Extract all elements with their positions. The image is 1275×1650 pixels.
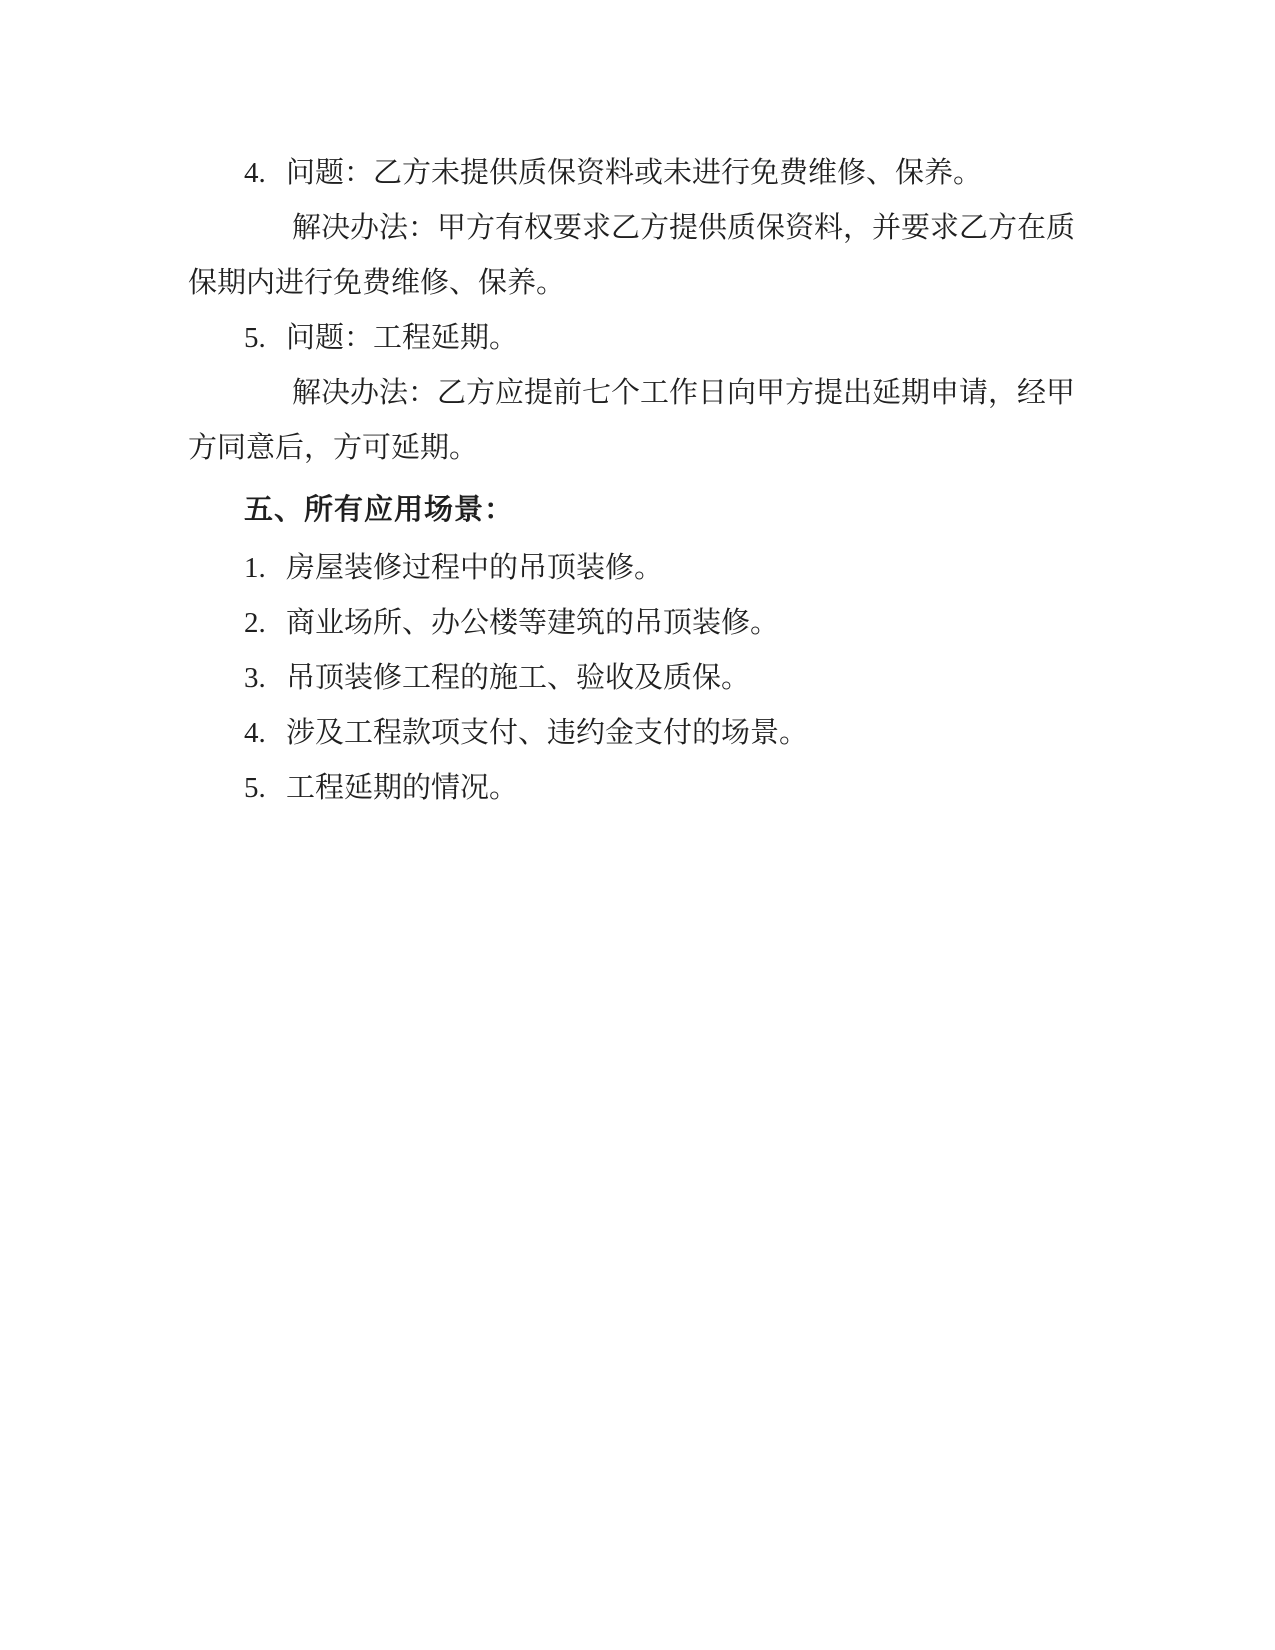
solution-line-continuation: 保期内进行免费维修、保养。	[188, 256, 1088, 311]
solution-line: 解决办法：乙方应提前七个工作日向甲方提出延期申请，经甲	[188, 366, 1088, 421]
scenario-text: 房屋装修过程中的吊顶装修。	[286, 552, 663, 584]
scenario-text: 吊顶装修工程的施工、验收及质保。	[286, 662, 750, 694]
list-number: 4.	[244, 146, 286, 201]
document-page: 4.问题：乙方未提供质保资料或未进行免费维修、保养。 解决办法：甲方有权要求乙方…	[0, 0, 1275, 1650]
document-content: 4.问题：乙方未提供质保资料或未进行免费维修、保养。 解决办法：甲方有权要求乙方…	[188, 146, 1088, 816]
scenario-item-1: 1.房屋装修过程中的吊顶装修。	[188, 541, 1088, 596]
scenario-item-5: 5.工程延期的情况。	[188, 761, 1088, 816]
solution-line: 解决办法：甲方有权要求乙方提供质保资料，并要求乙方在质	[188, 201, 1088, 256]
scenario-item-4: 4.涉及工程款项支付、违约金支付的场景。	[188, 706, 1088, 761]
list-number: 5.	[244, 761, 286, 816]
list-number: 1.	[244, 541, 286, 596]
scenario-item-3: 3.吊顶装修工程的施工、验收及质保。	[188, 651, 1088, 706]
problem-item-4: 4.问题：乙方未提供质保资料或未进行免费维修、保养。	[188, 146, 1088, 201]
list-number: 2.	[244, 596, 286, 651]
problem-text: 问题：工程延期。	[286, 322, 518, 354]
list-number: 5.	[244, 311, 286, 366]
problem-text: 问题：乙方未提供质保资料或未进行免费维修、保养。	[286, 157, 982, 189]
list-number: 4.	[244, 706, 286, 761]
problem-item-5: 5.问题：工程延期。	[188, 311, 1088, 366]
scenario-text: 商业场所、办公楼等建筑的吊顶装修。	[286, 607, 779, 639]
scenario-text: 涉及工程款项支付、违约金支付的场景。	[286, 717, 808, 749]
solution-line-continuation: 方同意后，方可延期。	[188, 421, 1088, 476]
list-number: 3.	[244, 651, 286, 706]
scenario-item-2: 2.商业场所、办公楼等建筑的吊顶装修。	[188, 596, 1088, 651]
scenario-text: 工程延期的情况。	[286, 772, 518, 804]
section-heading: 五、所有应用场景：	[188, 483, 1088, 538]
